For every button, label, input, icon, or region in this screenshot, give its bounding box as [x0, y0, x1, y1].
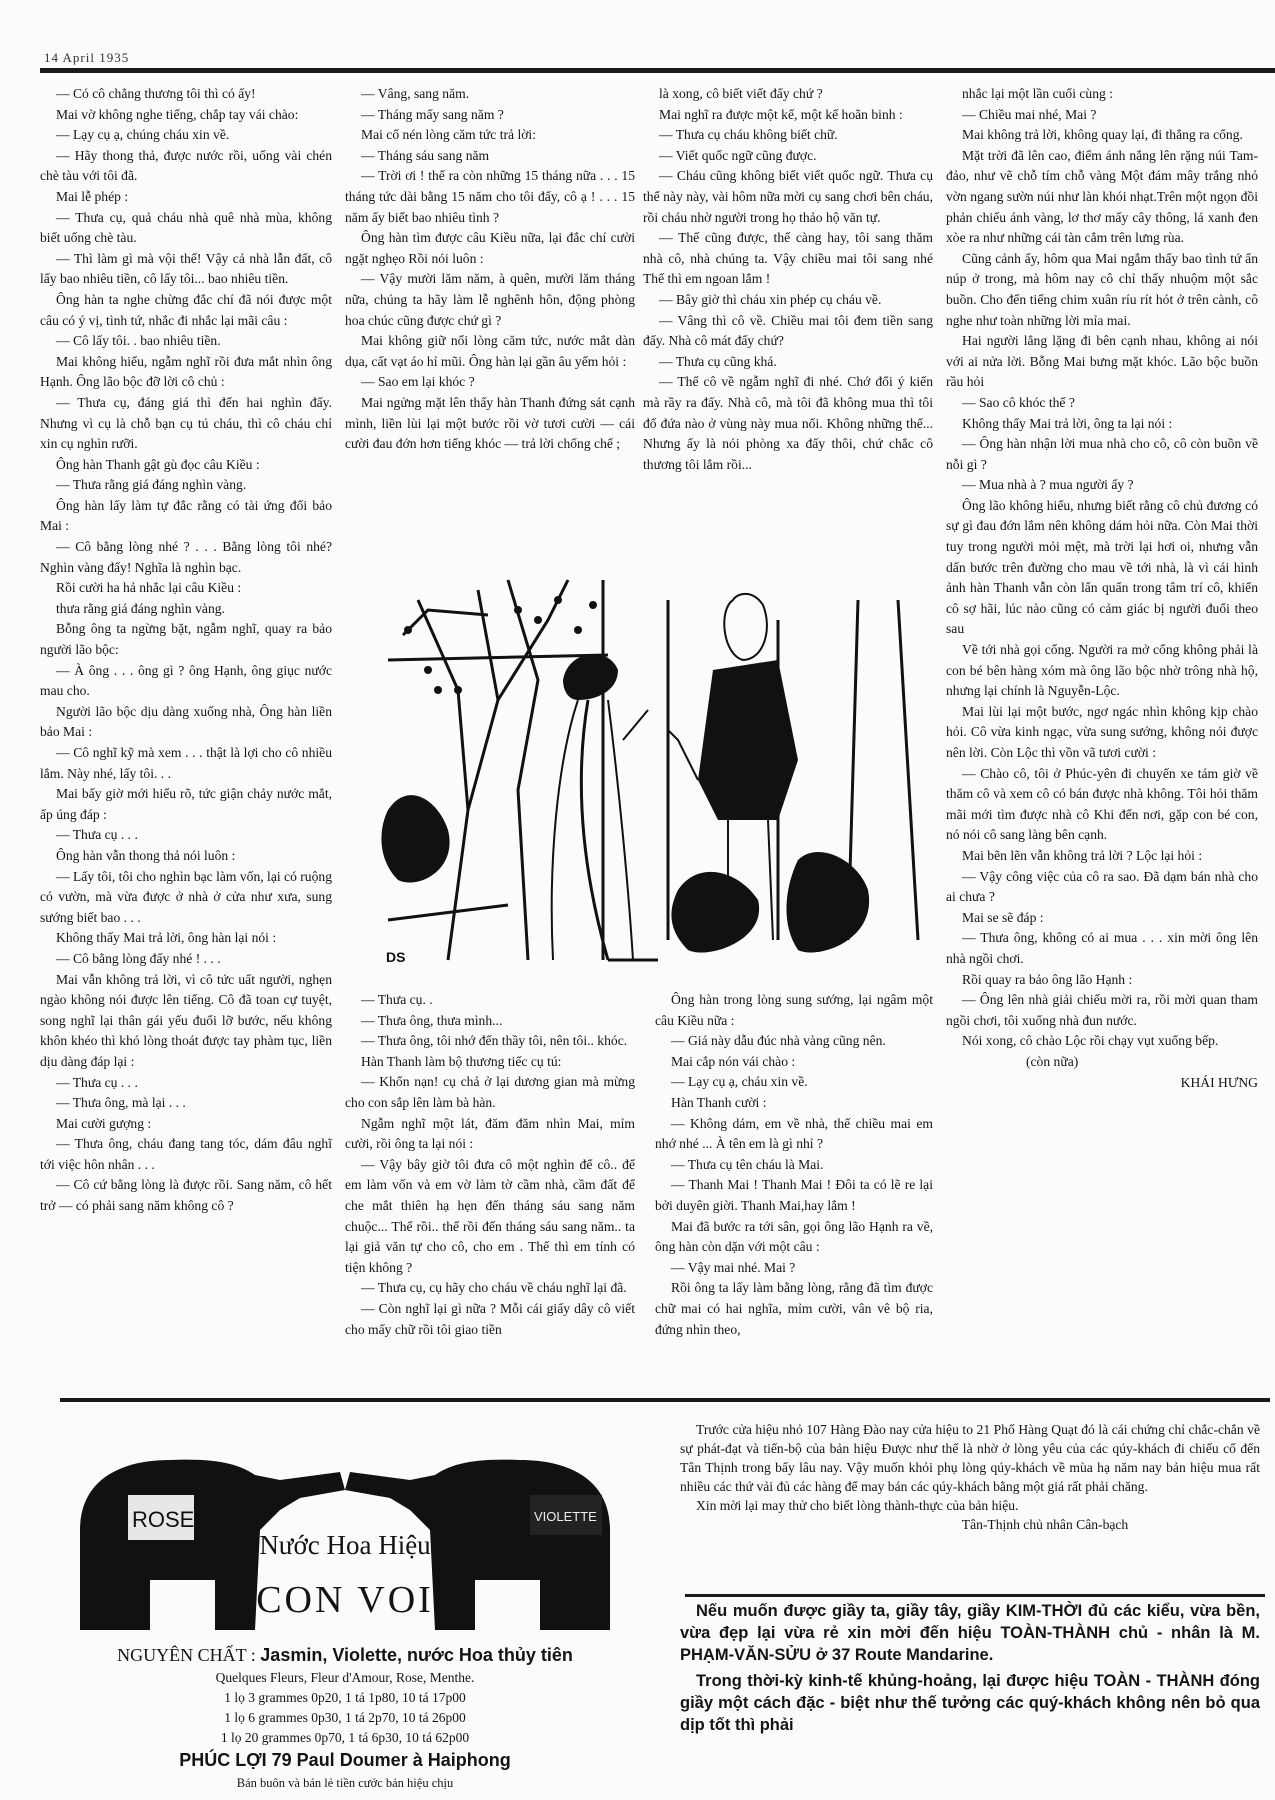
svg-text:VIOLETTE: VIOLETTE — [534, 1509, 597, 1524]
perfume-footer: Bán buôn và bán lẻ tiền cước bản hiệu ch… — [40, 1776, 650, 1791]
perfume-title-line1: Nước Hoa Hiệu — [40, 1530, 650, 1561]
illustration-drawing-icon: DS — [378, 560, 938, 970]
story-paragraph: — Cô nghĩ kỹ mà xem . . . thật là lợi ch… — [40, 743, 332, 784]
perfume-varieties-line2: Quelques Fleurs, Fleur d'Amour, Rose, Me… — [40, 1670, 650, 1686]
story-paragraph: — Bây giờ thì cháu xin phép cụ cháu về. — [643, 290, 933, 311]
story-paragraph: — Chiều mai nhé, Mai ? — [946, 105, 1258, 126]
story-paragraph: Ông hàn vẫn thong thả nói luôn : — [40, 846, 332, 867]
story-paragraph: Cũng cảnh ấy, hôm qua Mai ngắm thấy bao … — [946, 249, 1258, 331]
story-paragraph: — Thanh Mai ! Thanh Mai ! Đôi ta có lẽ r… — [655, 1175, 933, 1216]
column-2-top: — Vâng, sang năm.— Tháng mấy sang năm ?M… — [345, 84, 635, 455]
story-paragraph: — Có cô chẳng thương tôi thì có ấy! — [40, 84, 332, 105]
story-paragraph: — Thưa cụ . . . — [40, 1073, 332, 1094]
story-paragraph: Ngẫm nghĩ một lát, đăm đăm nhìn Mai, mỉm… — [345, 1114, 635, 1155]
column-3-top: là xong, cô biết viết đấy chứ ?Mai nghĩ … — [643, 84, 933, 475]
story-paragraph: Về tới nhà gọi cổng. Người ra mở cổng kh… — [946, 640, 1258, 702]
story-paragraph: Mai không hiểu, ngẫm nghĩ rồi đưa mắt nh… — [40, 352, 332, 393]
story-paragraph: Người lão bộc dịu dàng xuống nhà, Ông hà… — [40, 702, 332, 743]
column-3-bottom: Ông hàn trong lòng sung sướng, lại ngâm … — [655, 990, 933, 1340]
story-paragraph: — Trời ơi ! thế ra còn những 15 tháng nữ… — [345, 166, 635, 228]
story-paragraph: — Vậy bây giờ tôi đưa cô một nghìn để cô… — [345, 1155, 635, 1279]
story-paragraph: — Vậy mai nhé. Mai ? — [655, 1258, 933, 1279]
perfume-brand-name: CON VOI — [40, 1578, 650, 1622]
story-paragraph: Ông hàn trong lòng sung sướng, lại ngâm … — [655, 990, 933, 1031]
story-paragraph: thưa rằng giá đáng nghìn vàng. — [40, 599, 332, 620]
price-row: 1 lọ 20 grammes 0p70, 1 tá 6p30, 10 tá 6… — [40, 1730, 650, 1746]
story-paragraph: Mai bấy giờ mới hiểu rõ, tức giận chảy n… — [40, 784, 332, 825]
story-paragraph: — Thưa cụ cũng khá. — [643, 352, 933, 373]
story-paragraph: Mai lễ phép : — [40, 187, 332, 208]
story-paragraph: — Mua nhà à ? mua người ấy ? — [946, 475, 1258, 496]
story-paragraph: Ông hàn ta nghe chừng đắc chí đã nói đượ… — [40, 290, 332, 331]
story-paragraph: — Ông lên nhà giải chiếu mời ra, rồi mời… — [946, 990, 1258, 1031]
story-paragraph: — Tháng mấy sang năm ? — [345, 105, 635, 126]
story-paragraph: Mặt trời đã lên cao, điểm ánh nắng lên r… — [946, 146, 1258, 249]
story-paragraph: — Cô bằng lòng đấy nhé ! . . . — [40, 949, 332, 970]
story-paragraph: — Cô cứ bằng lòng là được rồi. Sang năm,… — [40, 1175, 332, 1216]
toan-thanh-para1: Nếu muốn được giầy ta, giầy tây, giầy KI… — [680, 1600, 1260, 1666]
toan-thanh-para2: Trong thời-kỳ kinh-tế khủng-hoảng, lại đ… — [680, 1670, 1260, 1736]
story-paragraph: Rồi quay ra bảo ông lão Hạnh : — [946, 970, 1258, 991]
continued-note: (còn nữa) — [946, 1052, 1258, 1073]
story-paragraph: Hàn Thanh cười : — [655, 1093, 933, 1114]
story-paragraph: — Sao em lại khóc ? — [345, 372, 635, 393]
story-paragraph: — Cháu cũng không biết viết quốc ngữ. Th… — [643, 166, 933, 228]
top-rule — [40, 68, 1275, 73]
story-paragraph: — Khốn nạn! cụ chả ở lại dương gian mà m… — [345, 1072, 635, 1113]
shoes-ad-rule — [685, 1594, 1265, 1597]
story-paragraph: — Chào cô, tôi ở Phúc-yên đi chuyến xe t… — [946, 764, 1258, 846]
story-paragraph: Mai bẽn lẽn vẫn không trả lời ? Lộc lại … — [946, 846, 1258, 867]
story-paragraph: Mai cắp nón vái chào : — [655, 1052, 933, 1073]
story-paragraph: Hai người lẳng lặng đi bên cạnh nhau, kh… — [946, 331, 1258, 393]
story-paragraph: Mai cười gượng : — [40, 1114, 332, 1135]
perfume-advertisement: ROSE VIOLETTE Nước Hoa Hiệu CON VOI NGUY… — [40, 1420, 650, 1790]
column-1: — Có cô chẳng thương tôi thì có ấy!Mai v… — [40, 84, 332, 1217]
story-paragraph: — Ông hàn nhận lời mua nhà cho cô, cô cò… — [946, 434, 1258, 475]
story-paragraph: Mai cố nén lòng căm tức trả lời: — [345, 125, 635, 146]
story-paragraph: Mai lùi lại một bước, ngơ ngác nhìn khôn… — [946, 702, 1258, 764]
ads-rule — [60, 1398, 1270, 1402]
story-paragraph: — Lạy cụ ạ, chúng cháu xin về. — [40, 125, 332, 146]
story-paragraph: Mai đã bước ra tới sân, gọi ông lão Hạnh… — [655, 1217, 933, 1258]
story-paragraph: — Thưa cụ tên cháu là Mai. — [655, 1155, 933, 1176]
story-paragraph: — Thì làm gì mà vội thế! Vậy cả nhà lẫn … — [40, 249, 332, 290]
story-paragraph: Ông lão không hiểu, nhưng biết rằng cô c… — [946, 496, 1258, 640]
author-name: KHÁI HƯNG — [946, 1073, 1258, 1094]
story-paragraph: — Vậy công việc của cô ra sao. Đã dạm bá… — [946, 867, 1258, 908]
story-paragraph: — Vậy mười lăm năm, à quên, mười lăm thá… — [345, 269, 635, 331]
story-paragraph: Bỗng ông ta ngừng bặt, ngẫm nghĩ, quay r… — [40, 619, 332, 660]
story-paragraph: — Sao cô khóc thế ? — [946, 393, 1258, 414]
price-row: 1 lọ 6 grammes 0p30, 1 tá 2p70, 10 tá 26… — [40, 1710, 650, 1726]
story-paragraph: — Viết quốc ngữ cũng được. — [643, 146, 933, 167]
story-paragraph: — Thưa cụ, cụ hãy cho cháu về cháu nghĩ … — [345, 1278, 635, 1299]
tan-thinh-closing: Xin mời lại may thử cho biết lòng thành-… — [680, 1496, 1260, 1515]
story-paragraph: — Thưa ông, mà lại . . . — [40, 1093, 332, 1114]
story-paragraph: — Còn nghĩ lại gì nữa ? Mỗi cái giấy dây… — [345, 1299, 635, 1340]
story-paragraph: — Thưa cụ, đáng giá thì đến hai nghìn đấ… — [40, 393, 332, 455]
story-paragraph: — Thưa rằng giá đáng nghìn vàng. — [40, 475, 332, 496]
story-paragraph: Mai se sẽ đáp : — [946, 908, 1258, 929]
svg-text:DS: DS — [386, 949, 405, 965]
story-paragraph: Không thấy Mai trả lời, ông hàn lại nói … — [40, 928, 332, 949]
story-paragraph: Mai vẫn không trả lời, vì cô tức uất ngư… — [40, 970, 332, 1073]
story-illustration: DS — [378, 560, 938, 970]
story-paragraph: — Hãy thong thả, được nước rồi, uống vài… — [40, 146, 332, 187]
story-paragraph: Không thấy Mai trả lời, ông ta lại nói : — [946, 414, 1258, 435]
story-paragraph: Mai không trả lời, không quay lại, đi th… — [946, 125, 1258, 146]
story-paragraph: Ông hàn lấy làm tự đắc rằng có tài ứng đ… — [40, 496, 332, 537]
story-paragraph: — Thế cũng được, thế càng hay, tôi sang … — [643, 228, 933, 290]
story-paragraph: — Vâng, sang năm. — [345, 84, 635, 105]
story-paragraph: — Giá này dẫu đúc nhà vàng cũng nên. — [655, 1031, 933, 1052]
story-paragraph: Nói xong, cô chào Lộc rồi chạy vụt xuống… — [946, 1031, 1258, 1052]
story-paragraph: Rồi cười ha hả nhắc lại câu Kiều : — [40, 578, 332, 599]
story-paragraph: Hàn Thanh làm bộ thương tiếc cụ tú: — [345, 1052, 635, 1073]
story-paragraph: Mai nghĩ ra được một kế, một kế hoãn bin… — [643, 105, 933, 126]
story-paragraph: nhắc lại một lần cuối cùng : — [946, 84, 1258, 105]
tan-thinh-advertisement: Trước cửa hiệu nhỏ 107 Hàng Đào nay cửa … — [680, 1420, 1260, 1534]
story-paragraph: — À ông . . . ông gì ? ông Hạnh, ông giụ… — [40, 661, 332, 702]
story-paragraph: — Thưa ông, thưa mình... — [345, 1011, 635, 1032]
story-paragraph: Mai vờ không nghe tiếng, chắp tay vái ch… — [40, 105, 332, 126]
svg-text:ROSE: ROSE — [132, 1507, 194, 1532]
story-paragraph: — Lạy cụ ạ, cháu xin về. — [655, 1072, 933, 1093]
story-paragraph: Ông hàn tìm được câu Kiều nữa, lại đắc c… — [345, 228, 635, 269]
story-paragraph: Mai ngửng mặt lên thấy hàn Thanh đứng sá… — [345, 393, 635, 455]
varieties-list: Jasmin, Violette, nước Hoa thủy tiên — [260, 1645, 573, 1665]
story-paragraph: Rồi ông ta lấy làm bằng lòng, rằng đã tì… — [655, 1278, 933, 1340]
story-paragraph: — Thế cô về ngẫm nghĩ đi nhé. Chớ đổi ý … — [643, 372, 933, 475]
story-paragraph: — Cô lấy tôi. . bao nhiêu tiền. — [40, 331, 332, 352]
story-paragraph: Mai không giữ nổi lòng căm tức, nước mắt… — [345, 331, 635, 372]
perfume-varieties: NGUYÊN CHẤT : Jasmin, Violette, nước Hoa… — [40, 1645, 650, 1666]
column-4: nhắc lại một lần cuối cùng :— Chiều mai … — [946, 84, 1258, 1093]
toan-thanh-advertisement: Nếu muốn được giầy ta, giầy tây, giầy KI… — [680, 1600, 1260, 1740]
story-paragraph: — Thưa ông, không có ai mua . . . xin mờ… — [946, 928, 1258, 969]
story-paragraph: — Cô bằng lòng nhé ? . . . Bằng lòng tôi… — [40, 537, 332, 578]
perfume-address: PHÚC LỢI 79 Paul Doumer à Haiphong — [40, 1750, 650, 1771]
story-paragraph: — Thưa cụ. . — [345, 990, 635, 1011]
story-paragraph: — Không dám, em về nhà, thế chiều mai em… — [655, 1114, 933, 1155]
story-paragraph: Ông hàn Thanh gật gù đọc câu Kiều : — [40, 455, 332, 476]
story-paragraph: — Thưa cụ cháu không biết chữ. — [643, 125, 933, 146]
tan-thinh-body: Trước cửa hiệu nhỏ 107 Hàng Đào nay cửa … — [680, 1420, 1260, 1496]
story-paragraph: — Thưa ông, cháu đang tang tóc, dám đâu … — [40, 1134, 332, 1175]
tan-thinh-signature: Tân-Thịnh chủ nhân Cân-bạch — [680, 1515, 1260, 1534]
story-paragraph: — Tháng sáu sang năm — [345, 146, 635, 167]
column-2-bottom: — Thưa cụ. .— Thưa ông, thưa mình...— Th… — [345, 990, 635, 1340]
price-row: 1 lọ 3 grammes 0p20, 1 tá 1p80, 10 tá 17… — [40, 1690, 650, 1706]
varieties-prefix: NGUYÊN CHẤT : — [117, 1645, 256, 1665]
story-paragraph: — Lấy tôi, tôi cho nghìn bạc làm vốn, lạ… — [40, 867, 332, 929]
story-paragraph: — Thưa cụ, quả cháu nhà quê nhà mùa, khô… — [40, 208, 332, 249]
story-paragraph: là xong, cô biết viết đấy chứ ? — [643, 84, 933, 105]
header-date: 14 April 1935 — [44, 50, 129, 66]
story-paragraph: — Vâng thì cô về. Chiều mai tôi đem tiền… — [643, 311, 933, 352]
story-paragraph: — Thưa cụ . . . — [40, 825, 332, 846]
story-paragraph: — Thưa ông, tôi nhớ đến thầy tôi, nên tô… — [345, 1031, 635, 1052]
